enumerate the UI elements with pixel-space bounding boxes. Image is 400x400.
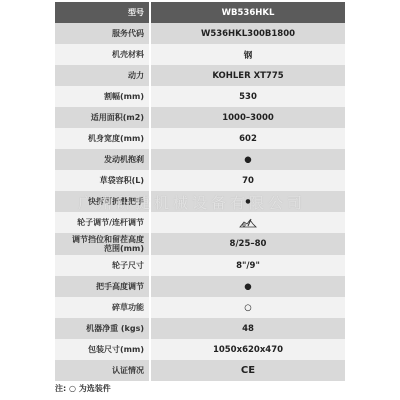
row-value: 8/25–80 [151, 233, 345, 255]
row-value: 48 [151, 318, 345, 339]
row-label: 机壳材料 [55, 44, 149, 65]
table-row: 机器净重 (kgs) 48 [55, 318, 345, 339]
row-value: 602 [151, 128, 345, 149]
footnote: 注: ○ 为选装件 [55, 383, 111, 394]
table-row: 轮子尺寸 8"/9" [55, 255, 345, 276]
table-row: 调节挡位和留茬高度 范围(mm) 8/25–80 [55, 233, 345, 255]
row-label: 认证情况 [55, 360, 149, 381]
row-value: ● [151, 149, 345, 170]
table-row: 快拆可折叠把手 ● [55, 191, 345, 212]
row-value: 70 [151, 170, 345, 191]
wheel-adjust-icon [239, 218, 257, 228]
row-label: 调节挡位和留茬高度 范围(mm) [55, 233, 149, 255]
row-value: ○ [151, 297, 345, 318]
row-value: 1000–3000 [151, 107, 345, 128]
row-value: ● [151, 276, 345, 297]
row-label: 轮子尺寸 [55, 255, 149, 276]
spec-table: 型号 WB536HKL 服务代码 W536HKL300B1800 机壳材料 钢 … [55, 2, 345, 381]
row-label: 碎草功能 [55, 297, 149, 318]
row-value: 530 [151, 86, 345, 107]
table-row: 机身宽度(mm) 602 [55, 128, 345, 149]
table-row: 机壳材料 钢 [55, 44, 345, 65]
row-label: 发动机抱刹 [55, 149, 149, 170]
row-label: 动力 [55, 65, 149, 86]
table-row: 轮子调节/连杆调节 [55, 212, 345, 233]
header-value: WB536HKL [151, 2, 345, 23]
table-row: 包装尺寸(mm) 1050x620x470 [55, 339, 345, 360]
row-value: 钢 [151, 44, 345, 65]
row-label: 机身宽度(mm) [55, 128, 149, 149]
table-row: 认证情况 CE [55, 360, 345, 381]
row-label: 割幅(mm) [55, 86, 149, 107]
row-value: W536HKL300B1800 [151, 23, 345, 44]
row-label: 把手高度调节 [55, 276, 149, 297]
row-label: 机器净重 (kgs) [55, 318, 149, 339]
table-row: 发动机抱刹 ● [55, 149, 345, 170]
row-value: 1050x620x470 [151, 339, 345, 360]
row-label-line2: 范围(mm) [104, 244, 144, 253]
table-row: 动力 KOHLER XT775 [55, 65, 345, 86]
table-row: 适用面积(m2) 1000–3000 [55, 107, 345, 128]
row-label-line1: 调节挡位和留茬高度 [72, 235, 144, 244]
table-row: 把手高度调节 ● [55, 276, 345, 297]
row-label: 轮子调节/连杆调节 [55, 212, 149, 233]
row-label: 适用面积(m2) [55, 107, 149, 128]
row-value [151, 212, 345, 233]
row-value: ● [151, 191, 345, 212]
table-row: 草袋容积(L) 70 [55, 170, 345, 191]
table-row: 割幅(mm) 530 [55, 86, 345, 107]
table-row: 碎草功能 ○ [55, 297, 345, 318]
header-row: 型号 WB536HKL [55, 2, 345, 23]
ce-mark-icon: CE [151, 360, 345, 381]
row-value: KOHLER XT775 [151, 65, 345, 86]
header-label: 型号 [55, 2, 149, 23]
row-label: 包装尺寸(mm) [55, 339, 149, 360]
row-label: 草袋容积(L) [55, 170, 149, 191]
row-label: 服务代码 [55, 23, 149, 44]
row-label: 快拆可折叠把手 [55, 191, 149, 212]
table-row: 服务代码 W536HKL300B1800 [55, 23, 345, 44]
row-value: 8"/9" [151, 255, 345, 276]
